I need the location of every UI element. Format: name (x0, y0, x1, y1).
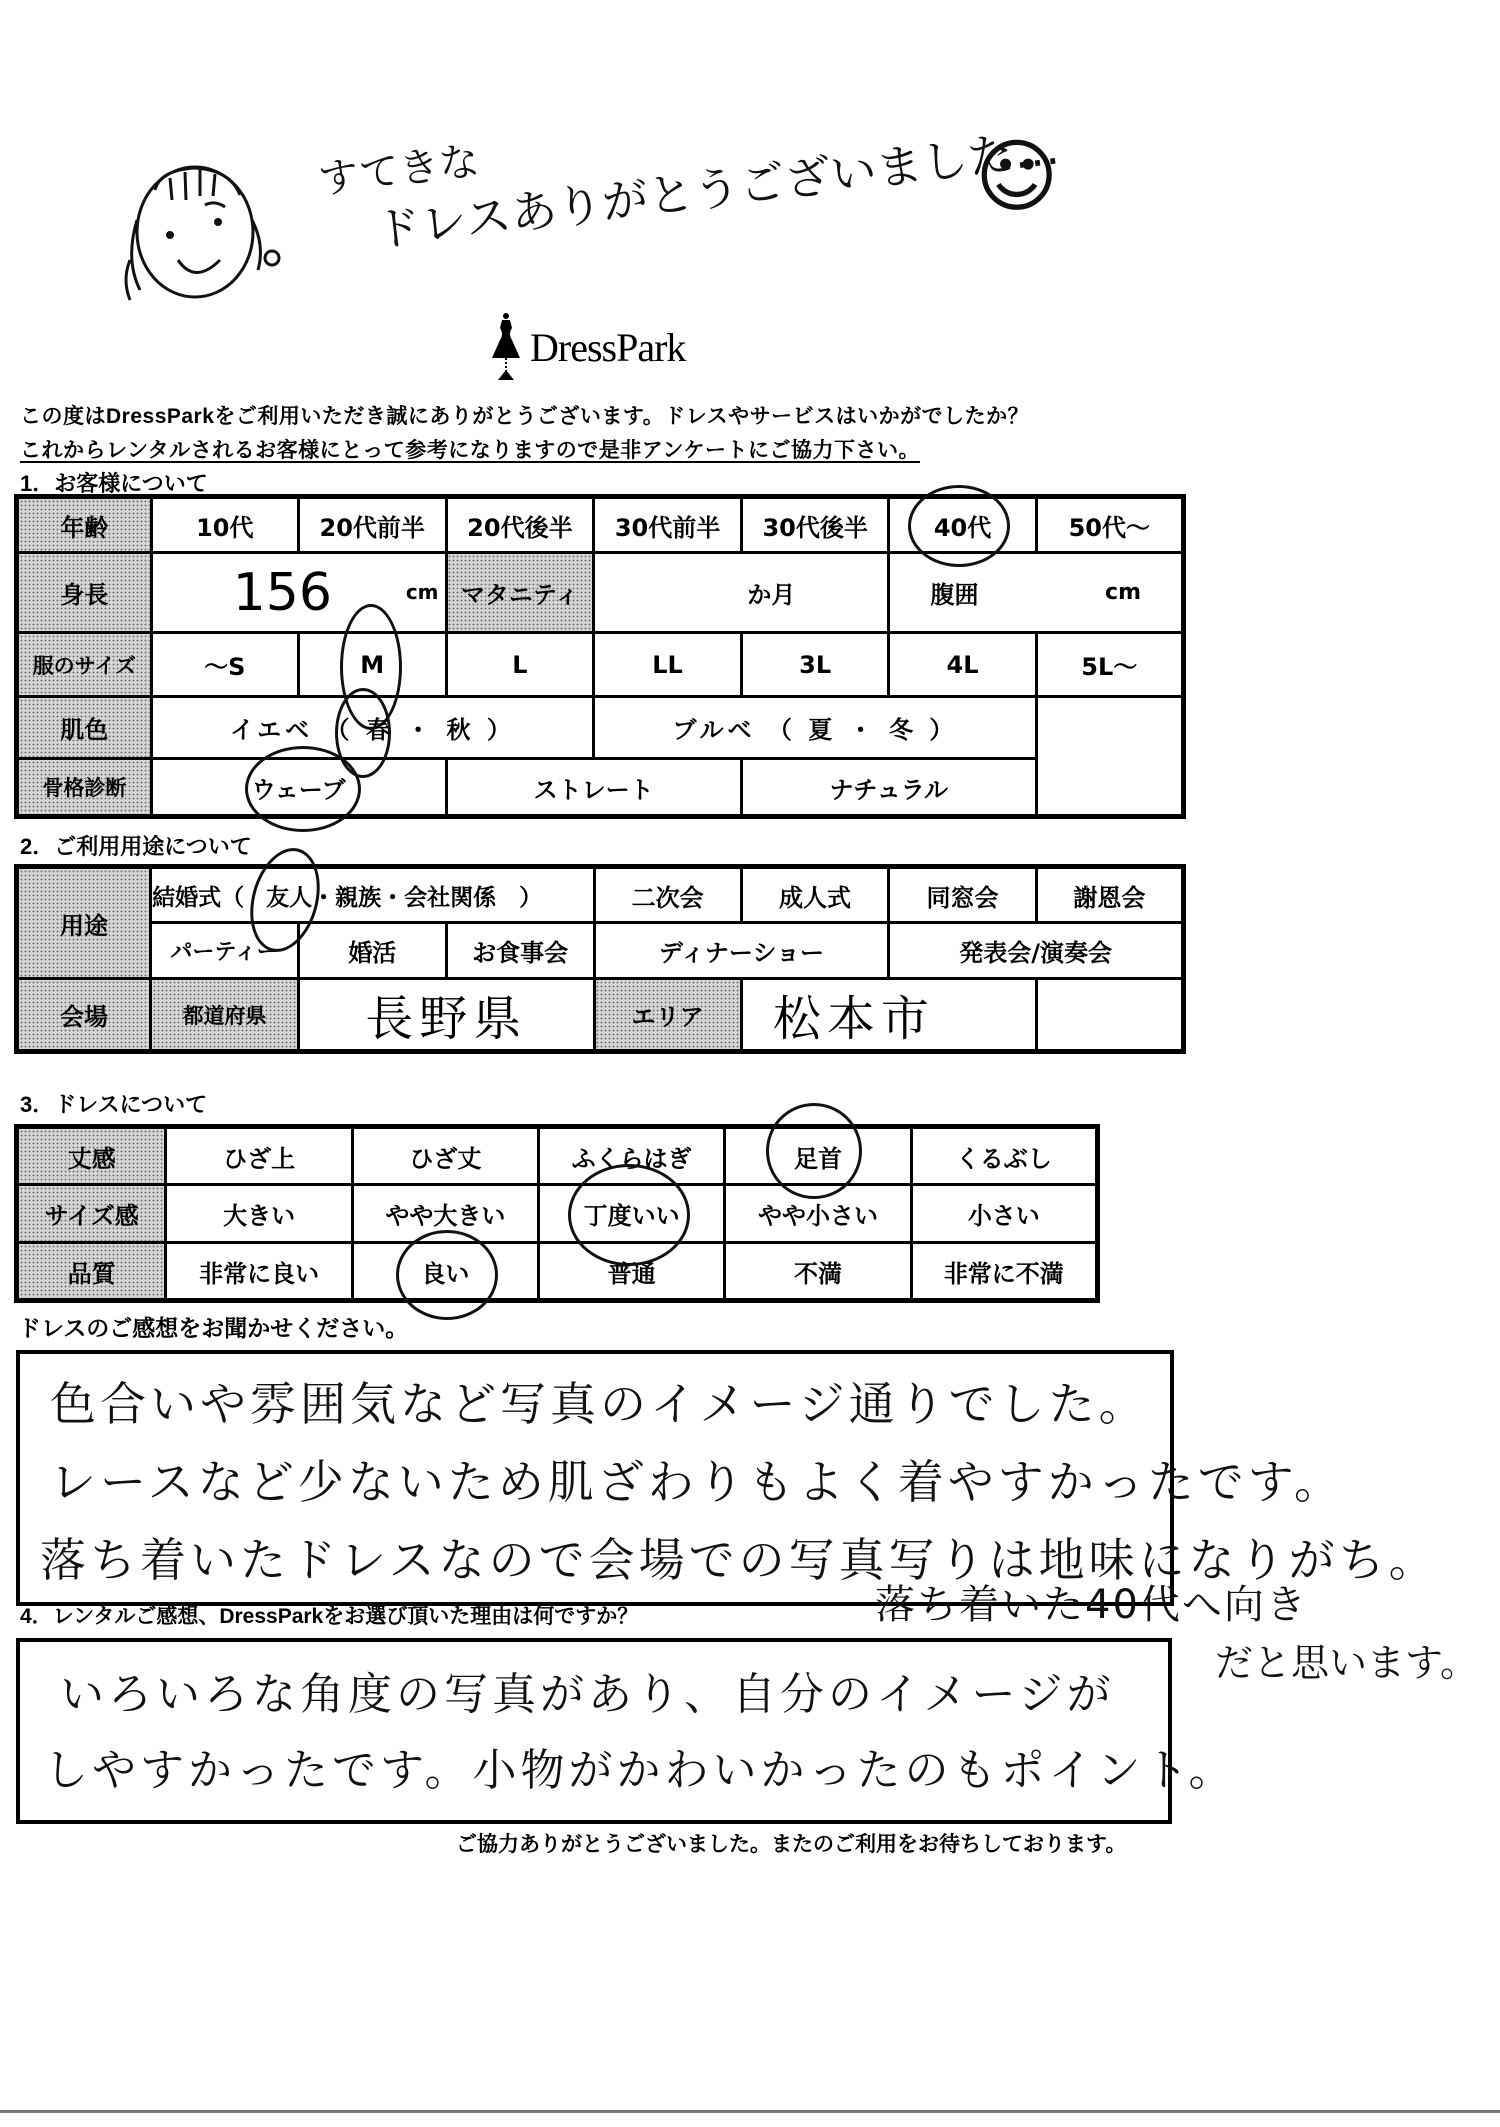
customer-info-table: 年齢 10代 20代前半 20代後半 30代前半 30代後半 40代 50代～ … (14, 494, 1186, 819)
purpose-option[interactable]: 謝恩会 (1036, 867, 1183, 923)
age-option[interactable]: 20代後半 (446, 497, 594, 553)
winter-option[interactable]: 冬 (889, 716, 917, 744)
size-option-label: M (360, 651, 384, 679)
smiley-icon: ☺ (975, 130, 1058, 223)
wedding-label: 結婚式（ (152, 885, 244, 911)
side-note-line2: だと思います。 (1215, 1632, 1478, 1687)
area-field[interactable]: 松本市 (741, 979, 1036, 1052)
dress-comment-prompt: ドレスのご感想をお聞かせください。 (18, 1310, 408, 1343)
purpose-label: 用途 (17, 867, 151, 979)
length-option[interactable]: くるぶし (911, 1127, 1097, 1185)
height-field[interactable]: 156 cm (151, 553, 446, 633)
spring-option[interactable]: 春 (366, 716, 394, 744)
paren: （ (768, 716, 796, 744)
logo: DressPark (488, 312, 685, 382)
intro-line2: これからレンタルされるお客様にとって参考になりますので是非アンケートにご協力下さ… (20, 434, 920, 464)
empty-cell (1036, 697, 1183, 759)
height-unit: cm (406, 580, 439, 604)
length-label: 丈感 (17, 1127, 166, 1185)
wedding-option[interactable]: 結婚式（ 友人・親族・会社関係 ） (151, 867, 594, 923)
prefecture-field[interactable]: 長野県 (298, 979, 594, 1052)
quality-label: 品質 (17, 1243, 166, 1301)
quality-option[interactable]: 不満 (725, 1243, 911, 1301)
maternity-label: マタニティ (446, 553, 594, 633)
purpose-option[interactable]: 二次会 (594, 867, 741, 923)
section3-title: 3．ドレスについて (20, 1088, 207, 1119)
fit-option-selected[interactable]: 丁度いい (539, 1185, 725, 1243)
yellow-base-option[interactable]: イエベ （ 春 ・ 秋 ） (151, 697, 594, 759)
size-option[interactable]: LL (594, 633, 742, 697)
venue-label: 会場 (17, 979, 151, 1052)
height-label: 身長 (17, 553, 152, 633)
size-option[interactable]: ～S (151, 633, 298, 697)
size-option-selected[interactable]: M (298, 633, 446, 697)
fit-option-label: 丁度いい (584, 1202, 680, 1230)
age-option-selected[interactable]: 40代 (889, 497, 1036, 553)
frame-row: 骨格診断 ウェーブ ストレート ナチュラル (17, 759, 1184, 817)
comment-line: いろいろな角度の写真があり、自分のイメージが (60, 1658, 1115, 1722)
months-unit: か月 (747, 581, 795, 609)
waist-unit: cm (1105, 580, 1141, 605)
quality-option-selected[interactable]: 良い (352, 1243, 538, 1301)
age-option-label: 40代 (934, 514, 991, 542)
purpose-option[interactable]: 成人式 (741, 867, 888, 923)
purpose-option[interactable]: 婚活 (298, 923, 446, 979)
dress-comment-box[interactable]: 色合いや雰囲気など写真のイメージ通りでした。 レースなど少ないため肌ざわりもよく… (16, 1350, 1174, 1606)
area-value: 松本市 (773, 991, 935, 1047)
size-row: 服のサイズ ～S M L LL 3L 4L 5L～ (17, 633, 1184, 697)
age-option[interactable]: 50代～ (1036, 497, 1183, 553)
length-option[interactable]: ひざ丈 (352, 1127, 538, 1185)
size-label: 服のサイズ (17, 633, 152, 697)
handwritten-greeting: すてきな ドレスありがとうございました… (305, 59, 1063, 268)
paren: ） (487, 716, 515, 744)
length-option[interactable]: ひざ上 (166, 1127, 352, 1185)
fit-row: サイズ感 大きい やや大きい 丁度いい やや小さい 小さい (17, 1185, 1098, 1243)
intro-line1: この度はDressParkをご利用いただき誠にありがとうございます。ドレスやサー… (20, 400, 1029, 430)
purpose-row2: パーティー 婚活 お食事会 ディナーショー 発表会/演奏会 (17, 923, 1184, 979)
frame-option-label: ウェーブ (252, 776, 346, 804)
frame-label: 骨格診断 (17, 759, 152, 817)
scan-edge-line (0, 2110, 1500, 2113)
skin-label: 肌色 (17, 697, 152, 759)
height-value: 156 (233, 563, 332, 623)
length-row: 丈感 ひざ上 ひざ丈 ふくらはぎ 足首 くるぶし (17, 1127, 1098, 1185)
side-note-line1: 落ち着いた40代へ向き (875, 1573, 1478, 1630)
frame-option[interactable]: ストレート (446, 759, 741, 817)
age-row: 年齢 10代 20代前半 20代後半 30代前半 30代後半 40代 50代～ (17, 497, 1184, 553)
fit-label: サイズ感 (17, 1185, 166, 1243)
section4-title: 4．レンタルご感想、DressParkをお選び頂いた理由は何ですか？ (20, 1600, 638, 1630)
venue-row: 会場 都道府県 長野県 エリア 松本市 (17, 979, 1184, 1052)
age-option[interactable]: 10代 (151, 497, 298, 553)
separator: ・ (406, 716, 434, 744)
waist-field[interactable]: 腹囲 cm (889, 553, 1184, 633)
wedding-friend-option[interactable]: 友人 (266, 885, 312, 911)
purpose-row1: 用途 結婚式（ 友人・親族・会社関係 ） 二次会 成人式 同窓会 謝恩会 (17, 867, 1184, 923)
dress-form-icon (488, 312, 524, 382)
yellow-base-label: イエベ (230, 716, 313, 744)
quality-option[interactable]: 非常に不満 (911, 1243, 1097, 1301)
age-option[interactable]: 30代後半 (741, 497, 889, 553)
length-option-selected[interactable]: 足首 (725, 1127, 911, 1185)
logo-text: DressPark (530, 324, 685, 371)
skin-row: 肌色 イエベ （ 春 ・ 秋 ） ブルベ （ 夏 ・ 冬 ） (17, 697, 1184, 759)
frame-option[interactable]: ナチュラル (741, 759, 1036, 817)
length-option-label: 足首 (794, 1145, 842, 1173)
size-option[interactable]: 5L～ (1036, 633, 1183, 697)
footer-thanks: ご協力ありがとうございました。またのご利用をお待ちしております。 (456, 1828, 1126, 1858)
separator: ・ (849, 716, 877, 744)
age-option[interactable]: 30代前半 (594, 497, 742, 553)
rental-comment-box[interactable]: いろいろな角度の写真があり、自分のイメージが しやすかったです。小物がかわいかっ… (16, 1638, 1172, 1824)
fit-option[interactable]: やや大きい (352, 1185, 538, 1243)
fit-option[interactable]: 大きい (166, 1185, 352, 1243)
summer-option[interactable]: 夏 (808, 716, 836, 744)
size-option[interactable]: 4L (889, 633, 1036, 697)
fit-option[interactable]: 小さい (911, 1185, 1097, 1243)
height-row: 身長 156 cm マタニティ か月 腹囲 cm (17, 553, 1184, 633)
length-option[interactable]: ふくらはぎ (539, 1127, 725, 1185)
autumn-option[interactable]: 秋 (447, 716, 475, 744)
section2-title: 2．ご利用用途について (20, 830, 252, 861)
blue-base-option[interactable]: ブルベ （ 夏 ・ 冬 ） (594, 697, 1036, 759)
comment-line: しやすかったです。小物がかわいかったのもポイント。 (44, 1734, 1237, 1798)
purpose-option[interactable]: 発表会/演奏会 (889, 923, 1184, 979)
age-label: 年齢 (17, 497, 152, 553)
face-drawing-icon (100, 160, 300, 310)
empty-cell (1036, 759, 1183, 817)
purpose-option[interactable]: ディナーショー (594, 923, 889, 979)
paren: ） (929, 716, 957, 744)
wedding-other-options: ・親族・会社関係 ） (312, 885, 542, 911)
prefecture-label: 都道府県 (151, 979, 299, 1052)
quality-option[interactable]: 普通 (539, 1243, 725, 1301)
paren: （ (325, 716, 353, 744)
area-label: エリア (594, 979, 741, 1052)
waist-label: 腹囲 (930, 581, 978, 609)
prefecture-value: 長野県 (365, 991, 527, 1047)
maternity-months-field[interactable]: か月 (594, 553, 889, 633)
comment-line: レースなど少ないため肌ざわりもよく着やすかったです。 (50, 1446, 1344, 1512)
dress-rating-table: 丈感 ひざ上 ひざ丈 ふくらはぎ 足首 くるぶし サイズ感 大きい やや大きい … (14, 1124, 1100, 1303)
size-option[interactable]: L (446, 633, 594, 697)
purpose-option[interactable]: お食事会 (446, 923, 594, 979)
blue-base-label: ブルベ (672, 716, 755, 744)
quality-option-label: 良い (421, 1260, 469, 1288)
empty-cell (1036, 979, 1183, 1052)
quality-row: 品質 非常に良い 良い 普通 不満 非常に不満 (17, 1243, 1098, 1301)
purpose-option[interactable]: 同窓会 (889, 867, 1036, 923)
purpose-option[interactable]: パーティー (151, 923, 299, 979)
quality-option[interactable]: 非常に良い (166, 1243, 352, 1301)
frame-option-selected[interactable]: ウェーブ (151, 759, 446, 817)
comment-line: 色合いや雰囲気など写真のイメージ通りでした。 (50, 1368, 1149, 1434)
usage-table: 用途 結婚式（ 友人・親族・会社関係 ） 二次会 成人式 同窓会 謝恩会 パーテ… (14, 864, 1186, 1054)
size-option[interactable]: 3L (741, 633, 889, 697)
fit-option[interactable]: やや小さい (725, 1185, 911, 1243)
age-option[interactable]: 20代前半 (298, 497, 446, 553)
